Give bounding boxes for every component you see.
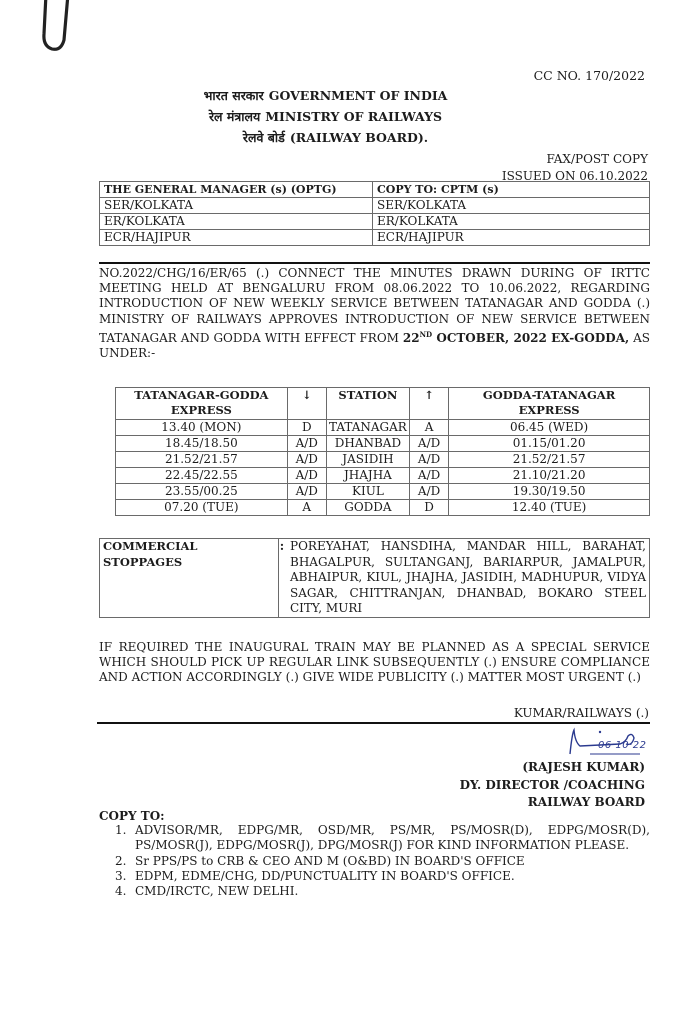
table-row: ECR/HAJIPUR ECR/HAJIPUR xyxy=(100,230,650,246)
copy-to-header: COPY TO: CPTM (s) xyxy=(373,182,650,198)
timetable: TATANAGAR-GODDA EXPRESS ↓ STATION ↑ GODD… xyxy=(115,387,650,516)
list-item: 3.EDPM, EDME/CHG, DD/PUNCTUALITY IN BOAR… xyxy=(115,869,650,884)
up-ad-cell: A xyxy=(410,420,449,436)
down-ad-cell: A/D xyxy=(287,468,326,484)
station-cell: DHANBAD xyxy=(326,436,409,452)
table-row: SER/KOLKATA SER/KOLKATA xyxy=(100,198,650,214)
station-cell: KIUL xyxy=(326,484,409,500)
up-ad-cell: A/D xyxy=(410,436,449,452)
header-board: रेलवे बोर्ड(RAILWAY BOARD). xyxy=(0,129,681,146)
list-number: 3. xyxy=(115,869,126,884)
station-cell: JASIDIH xyxy=(326,452,409,468)
list-number: 2. xyxy=(115,854,126,869)
signatory-block: (RAJESH KUMAR) DY. DIRECTOR /COACHING RA… xyxy=(460,759,645,812)
table-row: 07.20 (TUE)AGODDAD12.40 (TUE) xyxy=(116,500,650,516)
signatory-designation: DY. DIRECTOR /COACHING xyxy=(460,777,645,795)
up-time-cell: 06.45 (WED) xyxy=(449,420,650,436)
down-train-header: TATANAGAR-GODDA EXPRESS xyxy=(116,388,288,420)
header-board-hindi: रेलवे बोर्ड xyxy=(243,130,285,145)
copy-to-list: 1.ADVISOR/MR, EDPG/MR, OSD/MR, PS/MR, PS… xyxy=(115,823,650,899)
down-time-cell: 18.45/18.50 xyxy=(116,436,288,452)
header-ministry-hindi: रेल मंत्रालय xyxy=(209,109,260,124)
addressee-header: THE GENERAL MANAGER (s) (OPTG) xyxy=(100,182,373,198)
handwritten-date: 06·10·22 xyxy=(598,740,647,751)
down-time-cell: 07.20 (TUE) xyxy=(116,500,288,516)
header-ministry: रेल मंत्रालयMINISTRY OF RAILWAYS xyxy=(0,108,671,125)
addressee-cell: ER/KOLKATA xyxy=(100,214,373,230)
list-number: 1. xyxy=(115,823,126,838)
down-time-cell: 13.40 (MON) xyxy=(116,420,288,436)
addressee-cell: ECR/HAJIPUR xyxy=(100,230,373,246)
stoppages-separator: : xyxy=(279,539,288,618)
timetable-header: TATANAGAR-GODDA EXPRESS ↓ STATION ↑ GODD… xyxy=(116,388,650,420)
header-board-english: (RAILWAY BOARD). xyxy=(290,130,428,145)
up-time-cell: 19.30/19.50 xyxy=(449,484,650,500)
effective-day: 22 xyxy=(403,331,420,345)
table-row: 13.40 (MON)DTATANAGARA06.45 (WED) xyxy=(116,420,650,436)
header-government-english: GOVERNMENT OF INDIA xyxy=(269,88,448,103)
table-row: 22.45/22.55A/DJHAJHAA/D21.10/21.20 xyxy=(116,468,650,484)
copy-to-cell: SER/KOLKATA xyxy=(373,198,650,214)
stoppages-label: COMMERCIAL STOPPAGES xyxy=(100,539,279,618)
down-time-cell: 23.55/00.25 xyxy=(116,484,288,500)
effective-date: 22ND OCTOBER, 2022 EX-GODDA, xyxy=(403,331,629,345)
divider xyxy=(99,262,650,264)
address-table: THE GENERAL MANAGER (s) (OPTG) COPY TO: … xyxy=(99,181,650,246)
circular-number: CC NO. 170/2022 xyxy=(534,68,645,83)
issue-info: FAX/POST COPY ISSUED ON 06.10.2022 xyxy=(502,151,648,185)
station-cell: JHAJHA xyxy=(326,468,409,484)
main-paragraph: NO.2022/CHG/16/ER/65 (.) CONNECT THE MIN… xyxy=(99,266,650,361)
timetable-body: 13.40 (MON)DTATANAGARA06.45 (WED)18.45/1… xyxy=(116,420,650,516)
up-time-cell: 21.10/21.20 xyxy=(449,468,650,484)
up-train-header: GODDA-TATANAGAR EXPRESS xyxy=(449,388,650,420)
copy-to-heading: COPY TO: xyxy=(99,809,165,823)
list-item: 1.ADVISOR/MR, EDPG/MR, OSD/MR, PS/MR, PS… xyxy=(115,823,650,854)
up-ad-cell: A/D xyxy=(410,484,449,500)
instructions-paragraph: IF REQUIRED THE INAUGURAL TRAIN MAY BE P… xyxy=(99,640,650,686)
list-text: ADVISOR/MR, EDPG/MR, OSD/MR, PS/MR, PS/M… xyxy=(135,823,650,852)
down-time-cell: 21.52/21.57 xyxy=(116,452,288,468)
station-cell: TATANAGAR xyxy=(326,420,409,436)
table-row: ER/KOLKATA ER/KOLKATA xyxy=(100,214,650,230)
fax-post-copy: FAX/POST COPY xyxy=(502,151,648,168)
list-item: 4.CMD/IRCTC, NEW DELHI. xyxy=(115,884,650,899)
header-government: भारत सरकारGOVERNMENT OF INDIA xyxy=(0,87,671,104)
up-ad-cell: D xyxy=(410,500,449,516)
sender-line: KUMAR/RAILWAYS (.) xyxy=(514,706,649,720)
table-row: 21.52/21.57A/DJASIDIHA/D21.52/21.57 xyxy=(116,452,650,468)
down-ad-cell: A/D xyxy=(287,452,326,468)
down-arrow-icon: ↓ xyxy=(287,388,326,420)
down-ad-cell: A xyxy=(287,500,326,516)
up-ad-cell: A/D xyxy=(410,468,449,484)
station-header: STATION xyxy=(326,388,409,420)
list-item: 2.Sr PPS/PS to CRB & CEO AND M (O&BD) IN… xyxy=(115,854,650,869)
down-ad-cell: A/D xyxy=(287,436,326,452)
list-number: 4. xyxy=(115,884,126,899)
down-ad-cell: A/D xyxy=(287,484,326,500)
list-text: EDPM, EDME/CHG, DD/PUNCTUALITY IN BOARD'… xyxy=(135,869,515,883)
list-text: Sr PPS/PS to CRB & CEO AND M (O&BD) IN B… xyxy=(135,854,525,868)
header-government-hindi: भारत सरकार xyxy=(204,88,264,103)
header-ministry-english: MINISTRY OF RAILWAYS xyxy=(265,109,442,124)
station-cell: GODDA xyxy=(326,500,409,516)
addressee-cell: SER/KOLKATA xyxy=(100,198,373,214)
up-time-cell: 12.40 (TUE) xyxy=(449,500,650,516)
commercial-stoppages: COMMERCIAL STOPPAGES : POREYAHAT, HANSDI… xyxy=(99,538,650,618)
table-row: 23.55/00.25A/DKIULA/D19.30/19.50 xyxy=(116,484,650,500)
stoppages-list: POREYAHAT, HANSDIHA, MANDAR HILL, BARAHA… xyxy=(287,539,650,618)
effective-day-suffix: ND xyxy=(420,330,432,339)
copy-to-cell: ER/KOLKATA xyxy=(373,214,650,230)
copy-to-cell: ECR/HAJIPUR xyxy=(373,230,650,246)
down-ad-cell: D xyxy=(287,420,326,436)
up-arrow-icon: ↑ xyxy=(410,388,449,420)
up-ad-cell: A/D xyxy=(410,452,449,468)
signatory-name: (RAJESH KUMAR) xyxy=(460,759,645,777)
list-text: CMD/IRCTC, NEW DELHI. xyxy=(135,884,298,898)
stoppages-row: COMMERCIAL STOPPAGES : POREYAHAT, HANSDI… xyxy=(100,539,650,618)
address-table-header: THE GENERAL MANAGER (s) (OPTG) COPY TO: … xyxy=(100,182,650,198)
table-row: 18.45/18.50A/DDHANBADA/D01.15/01.20 xyxy=(116,436,650,452)
effective-month-year: OCTOBER, 2022 EX-GODDA, xyxy=(432,331,629,345)
signatory-office: RAILWAY BOARD xyxy=(460,794,645,812)
up-time-cell: 01.15/01.20 xyxy=(449,436,650,452)
paper-clip-icon xyxy=(28,0,88,64)
down-time-cell: 22.45/22.55 xyxy=(116,468,288,484)
up-time-cell: 21.52/21.57 xyxy=(449,452,650,468)
